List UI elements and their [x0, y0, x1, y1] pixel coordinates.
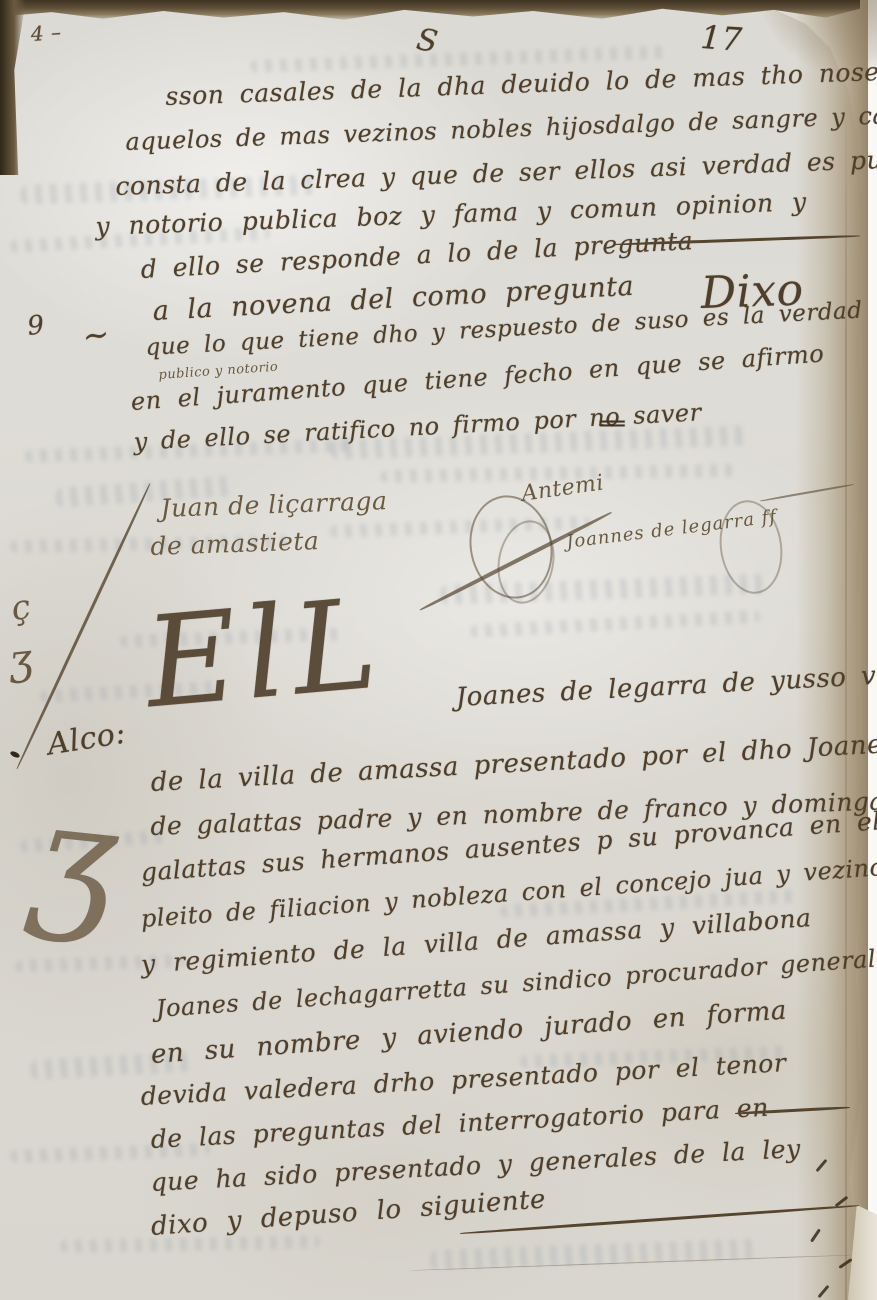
margin-tick: ∼ [80, 314, 112, 355]
folio-number: 17 [699, 18, 743, 59]
end-mark: ══ [600, 412, 623, 437]
initial-flourish: ElL [140, 571, 390, 736]
question-number: 9 [26, 310, 46, 342]
page-annotation-top-left: 4 – [30, 20, 62, 46]
scanned-manuscript: 4 – S 17 sson casales de la dha deuido l… [0, 0, 877, 1300]
margin-curl: ʒ [6, 633, 35, 684]
witness-signature: de amastieta [150, 526, 320, 561]
fore-edge-crease [845, 90, 847, 1300]
paragraph-brace: ʒ [24, 768, 127, 950]
